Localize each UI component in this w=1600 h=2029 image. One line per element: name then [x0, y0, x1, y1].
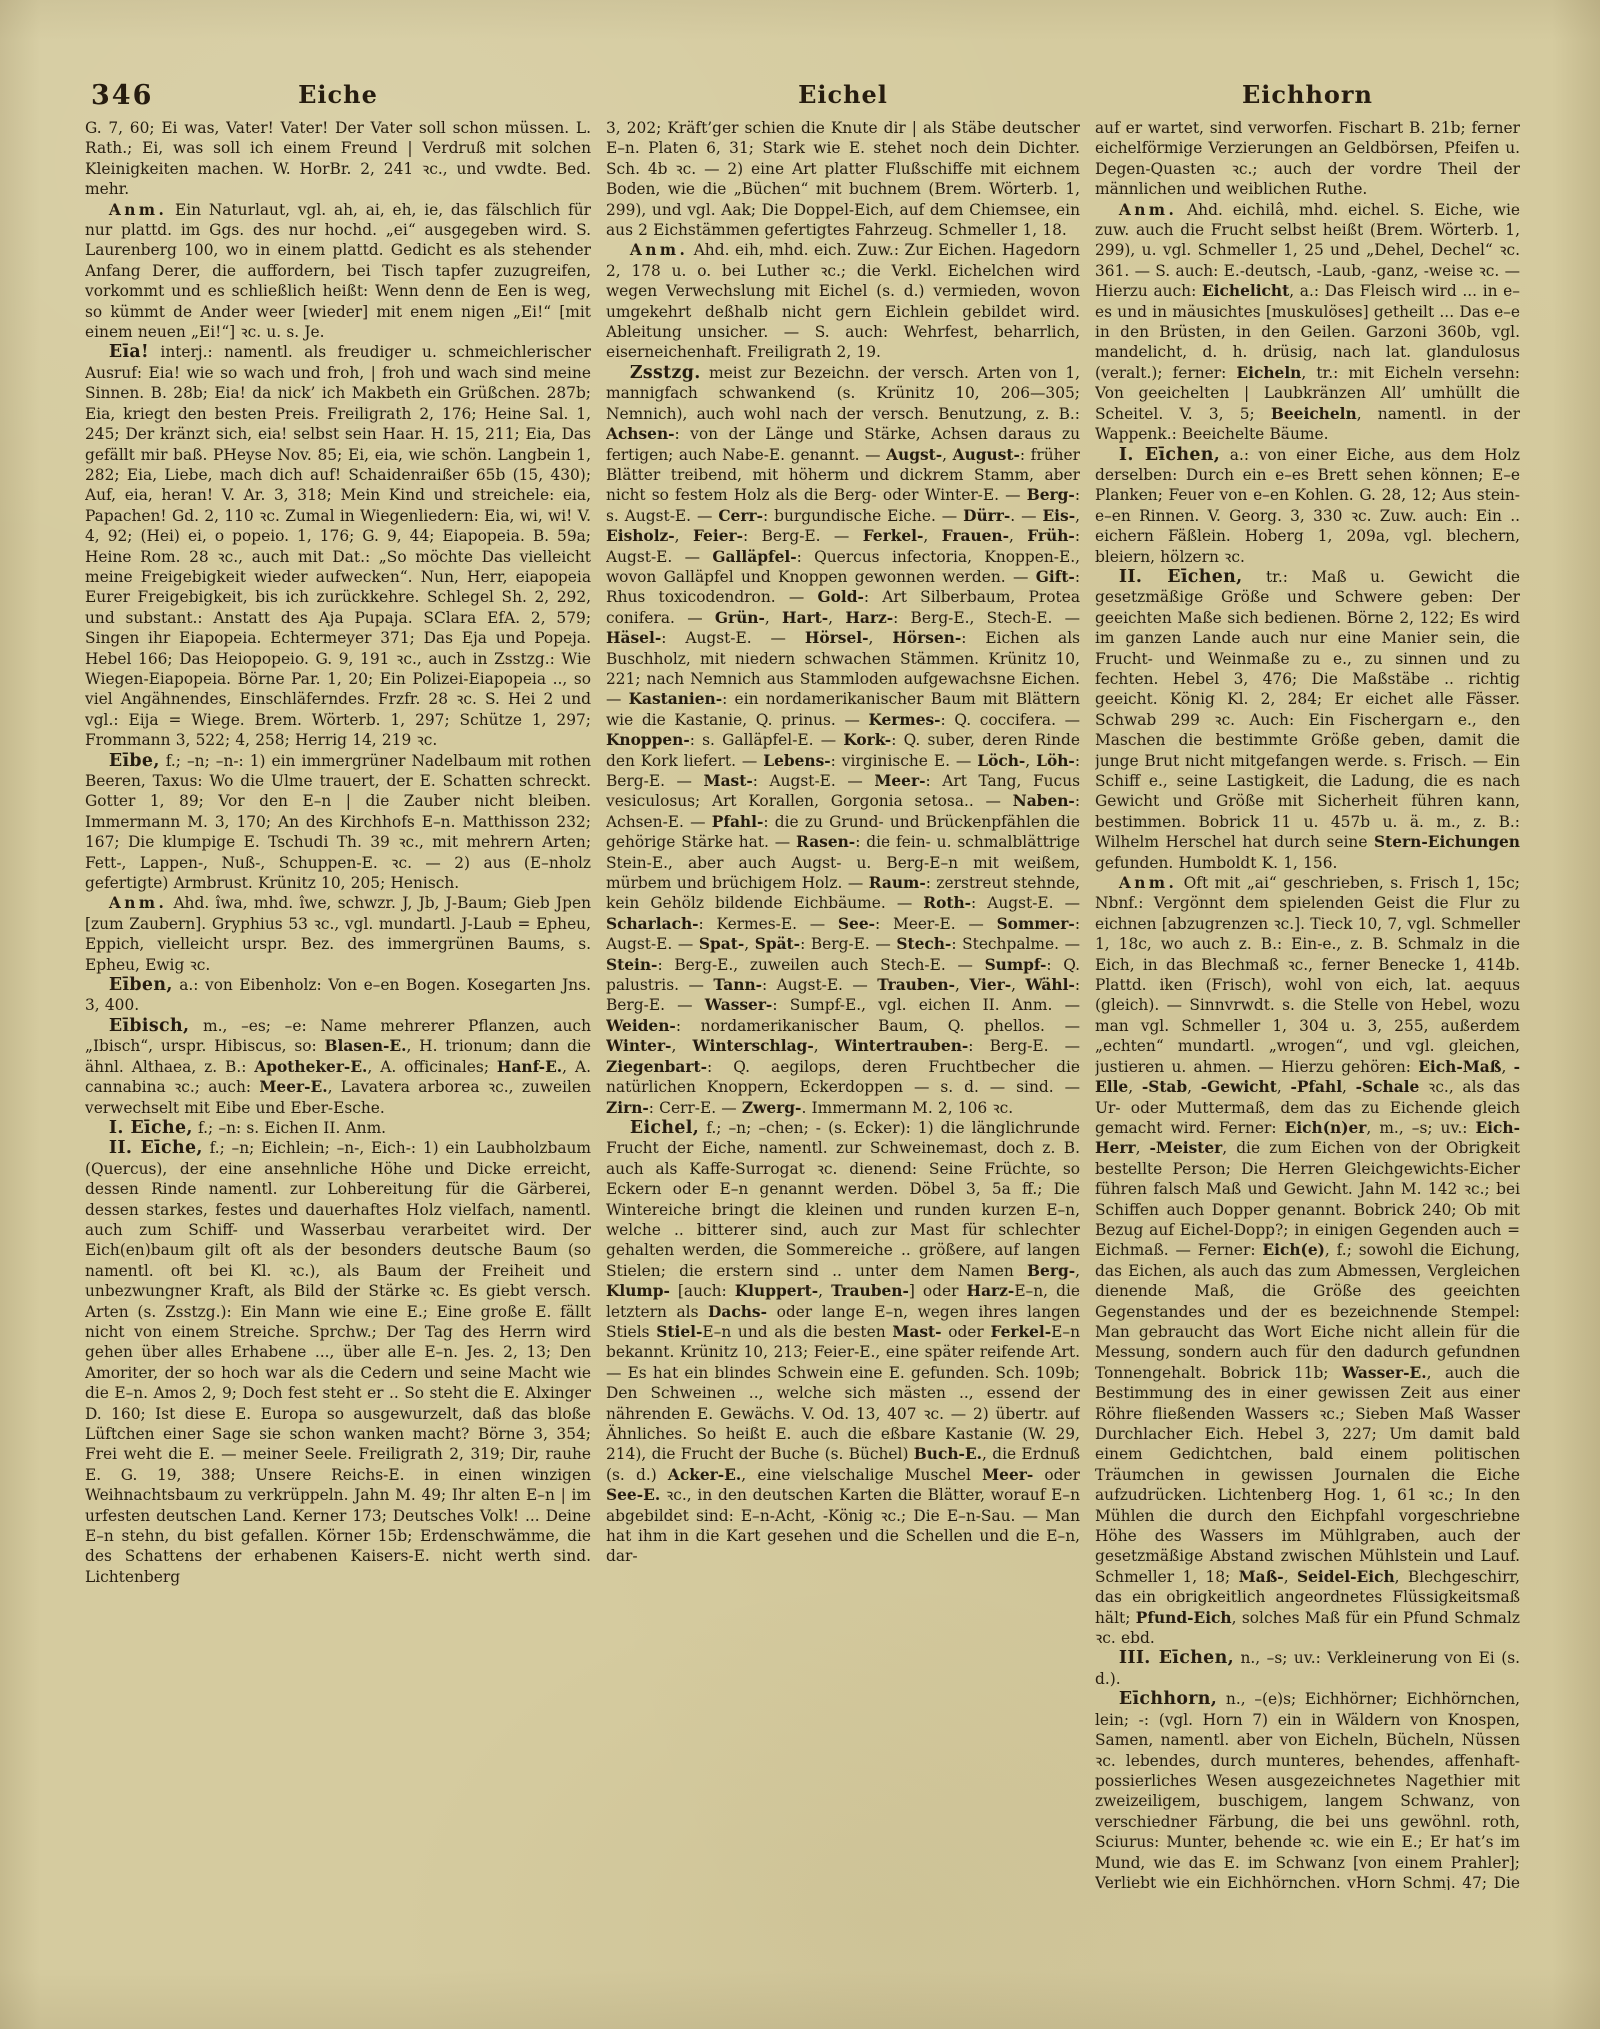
dictionary-paragraph: Eīa! interj.: namentl. als freudiger u. …	[85, 342, 591, 750]
dictionary-paragraph: Anm. Ahd. eichilâ, mhd. eichel. S. Eiche…	[1095, 200, 1520, 445]
entry-headword: Anm.	[109, 201, 167, 219]
entry-headword: I. Eīche,	[109, 1118, 193, 1138]
dictionary-paragraph: 3, 202; Kräft’ger schien die Knute dir |…	[606, 118, 1080, 240]
page-number: 346	[91, 80, 153, 111]
entry-headword: Anm.	[1119, 874, 1177, 892]
entry-headword: Eībe,	[109, 751, 160, 771]
entry-headword: Eīa!	[109, 342, 149, 362]
dictionary-paragraph: II. Eīche, f.; –n; Eichlein; –n-, Eich-:…	[85, 1138, 591, 1587]
dictionary-paragraph: Eībe, f.; –n; –n-: 1) ein immergrüner Na…	[85, 751, 591, 894]
dictionary-paragraph: II. Eīchen, tr.: Maß u. Gewicht die gese…	[1095, 567, 1520, 873]
entry-headword: II. Eīchen,	[1119, 567, 1243, 587]
running-head-center: Eichel	[798, 80, 888, 109]
header-column-2: Eichel	[606, 80, 1080, 109]
entry-headword: III. Eīchen,	[1119, 1648, 1234, 1668]
text-column-3: auf er wartet, sind verworfen. Fischart …	[1095, 118, 1520, 1890]
entry-headword: Eībisch,	[109, 1016, 190, 1036]
header-column-3: Eichhorn	[1095, 80, 1520, 109]
entry-headword: Eīben,	[109, 975, 173, 995]
entry-headword: Eichel,	[630, 1118, 699, 1138]
entry-headword: Anm.	[1119, 201, 1177, 219]
dictionary-paragraph: G. 7, 60; Ei was, Vater! Vater! Der Vate…	[85, 118, 591, 200]
dictionary-paragraph: Eīben, a.: von Eibenholz: Von e–en Bogen…	[85, 975, 591, 1016]
dictionary-paragraph: I. Eīchen, a.: von einer Eiche, aus dem …	[1095, 445, 1520, 567]
text-column-2: 3, 202; Kräft’ger schien die Knute dir |…	[606, 118, 1080, 1890]
dictionary-paragraph: auf er wartet, sind verworfen. Fischart …	[1095, 118, 1520, 200]
dictionary-paragraph: III. Eīchen, n., –s; uv.: Verkleinerung …	[1095, 1648, 1520, 1689]
entry-headword: Anm.	[630, 241, 688, 259]
running-head-left: Eiche	[298, 80, 378, 109]
dictionary-paragraph: Anm. Ahd. îwa, mhd. îwe, schwzr. J, Jb, …	[85, 893, 591, 975]
entry-headword: Zsstzg.	[630, 363, 701, 383]
dictionary-paragraph: Anm. Ein Naturlaut, vgl. ah, ai, eh, ie,…	[85, 200, 591, 343]
entry-headword: I. Eīchen,	[1119, 445, 1220, 465]
dictionary-paragraph: Eīchhorn, n., –(e)s; Eichhörner; Eichhör…	[1095, 1689, 1520, 1890]
entry-headword: Eīchhorn,	[1119, 1689, 1217, 1709]
text-column-1: G. 7, 60; Ei was, Vater! Vater! Der Vate…	[85, 118, 591, 1890]
running-head-right: Eichhorn	[1242, 80, 1373, 109]
entry-headword: II. Eīche,	[109, 1138, 203, 1158]
dictionary-paragraph: I. Eīche, f.; –n: s. Eichen II. Anm.	[85, 1118, 591, 1138]
dictionary-paragraph: Zsstzg. meist zur Bezeichn. der versch. …	[606, 363, 1080, 1118]
header-column-1: 346 Eiche	[85, 80, 591, 109]
dictionary-paragraph: Anm. Ahd. eih, mhd. eich. Zuw.: Zur Eich…	[606, 240, 1080, 362]
text-columns: G. 7, 60; Ei was, Vater! Vater! Der Vate…	[85, 118, 1520, 1890]
page-header: 346 Eiche Eichel Eichhorn	[85, 80, 1520, 109]
dictionary-paragraph: Eībisch, m., –es; –e: Name mehrerer Pfla…	[85, 1016, 591, 1118]
dictionary-paragraph: Anm. Oft mit „ai“ geschrieben, s. Frisch…	[1095, 873, 1520, 1648]
entry-headword: Anm.	[109, 894, 167, 912]
dictionary-paragraph: Eichel, f.; –n; –chen; - (s. Ecker): 1) …	[606, 1118, 1080, 1567]
dictionary-page-scan: 346 Eiche Eichel Eichhorn G. 7, 60; Ei w…	[0, 0, 1600, 2029]
